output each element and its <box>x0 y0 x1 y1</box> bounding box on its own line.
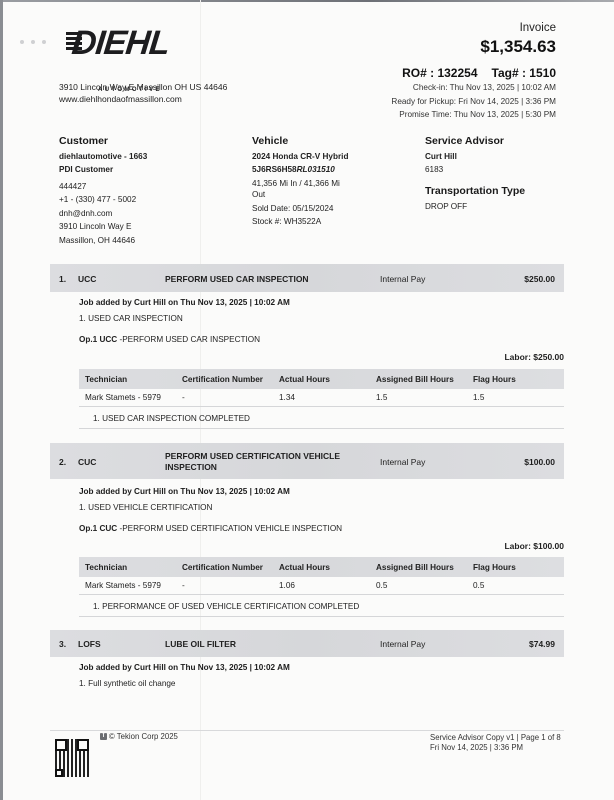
invoice-label: Invoice <box>391 20 556 36</box>
job-pay-type: Internal Pay <box>380 274 425 284</box>
table-row: Mark Stamets - 5979 - 1.34 1.5 1.5 <box>79 389 564 407</box>
dealer-logo: DIEHL AUTOMOTIVE <box>60 24 190 74</box>
flag-hours: 0.5 <box>473 581 484 590</box>
vin-prefix: 5J6RS6H58 <box>252 165 297 174</box>
flag-hours: 1.5 <box>473 393 484 402</box>
job-header-2: 2. CUC PERFORM USED CERTIFICATION VEHICL… <box>50 443 564 479</box>
job-operation: Op.1 UCC -PERFORM USED CAR INSPECTION <box>79 335 290 344</box>
col-assigned-bill-hours: Assigned Bill Hours <box>376 375 454 384</box>
job-header-3: 3. LOFS LUBE OIL FILTER Internal Pay $74… <box>50 630 564 657</box>
technician-note-text: 1. PERFORMANCE OF USED VEHICLE CERTIFICA… <box>93 602 359 611</box>
job-details-3: Job added by Curt Hill on Thu Nov 13, 20… <box>79 662 290 688</box>
job-added-by: Job added by Curt Hill on Thu Nov 13, 20… <box>79 297 290 309</box>
col-certification-number: Certification Number <box>182 563 263 572</box>
customer-phone: +1 - (330) 477 - 5002 <box>59 193 229 207</box>
job-labor-total: Labor: $250.00 <box>504 352 564 362</box>
job-number: 3. <box>59 639 66 649</box>
technician-table-header: Technician Certification Number Actual H… <box>79 369 564 389</box>
job-number: 2. <box>59 457 66 467</box>
tekion-logo-icon: T <box>100 733 107 740</box>
scan-edge <box>0 0 3 800</box>
ro-number: RO# : 132254 <box>402 66 477 80</box>
job-concern: 1. USED CAR INSPECTION <box>79 314 290 323</box>
customer-section: Customer diehlautomotive - 1663 PDI Cust… <box>59 135 229 247</box>
job-operation: Op.1 CUC -PERFORM USED CERTIFICATION VEH… <box>79 524 342 533</box>
transportation-type-value: DROP OFF <box>425 200 575 213</box>
job-description: PERFORM USED CAR INSPECTION <box>165 274 355 285</box>
job-added-by: Job added by Curt Hill on Thu Nov 13, 20… <box>79 486 342 498</box>
promise-time: Promise Time: Thu Nov 13, 2025 | 5:30 PM <box>391 108 556 122</box>
col-certification-number: Certification Number <box>182 375 263 384</box>
job-amount: $250.00 <box>524 274 555 284</box>
customer-id: 444427 <box>59 180 229 194</box>
technician-note-text: 1. USED CAR INSPECTION COMPLETED <box>93 414 250 423</box>
job-concern: 1. Full synthetic oil change <box>79 679 290 688</box>
copy-page-info: Service Advisor Copy v1 | Page 1 of 8 <box>430 733 561 743</box>
check-in-time: Check-in: Thu Nov 13, 2025 | 10:02 AM <box>391 81 556 95</box>
customer-heading: Customer <box>59 135 229 147</box>
col-technician: Technician <box>85 563 127 572</box>
vehicle-section: Vehicle 2024 Honda CR-V Hybrid 5J6RS6H58… <box>252 135 362 228</box>
customer-address-line2: Massillon, OH 44646 <box>59 234 229 248</box>
technician-name: Mark Stamets - 5979 <box>85 393 161 402</box>
col-actual-hours: Actual Hours <box>279 563 330 572</box>
ro-tag-line: RO# : 132254Tag# : 1510 <box>391 65 556 81</box>
job-details-2: Job added by Curt Hill on Thu Nov 13, 20… <box>79 486 342 533</box>
dealer-contact: 3910 Lincoln Way E Massillon OH US 44646… <box>59 81 227 105</box>
dealer-website: www.diehlhondaofmassillon.com <box>59 93 227 105</box>
technician-table-2: Technician Certification Number Actual H… <box>79 557 564 617</box>
copyright-text: © Tekion Corp 2025 <box>109 732 178 741</box>
actual-hours: 1.34 <box>279 393 295 402</box>
customer-name: diehlautomotive - 1663 <box>59 150 229 163</box>
vehicle-heading: Vehicle <box>252 135 362 147</box>
job-number: 1. <box>59 274 66 284</box>
col-actual-hours: Actual Hours <box>279 375 330 384</box>
logo-wordmark: DIEHL <box>70 24 171 63</box>
customer-address-line1: 3910 Lincoln Way E <box>59 220 229 234</box>
technician-table-1: Technician Certification Number Actual H… <box>79 369 564 429</box>
technician-note: 1. USED CAR INSPECTION COMPLETED <box>79 407 564 429</box>
certification-number: - <box>182 581 185 590</box>
transportation-type-heading: Transportation Type <box>425 185 575 197</box>
qr-code <box>55 739 89 777</box>
job-header-1: 1. UCC PERFORM USED CAR INSPECTION Inter… <box>50 264 564 292</box>
job-pay-type: Internal Pay <box>380 457 425 467</box>
footer-page-info: Service Advisor Copy v1 | Page 1 of 8 Fr… <box>430 733 561 753</box>
service-advisor-id: 6183 <box>425 163 575 176</box>
op-description: -PERFORM USED CAR INSPECTION <box>117 335 260 344</box>
service-advisor-heading: Service Advisor <box>425 135 575 147</box>
scan-edge <box>0 0 614 2</box>
ready-for-pickup-time: Ready for Pickup: Fri Nov 14, 2025 | 3:3… <box>391 95 556 109</box>
vehicle-stock-number: Stock #: WH3522A <box>252 215 362 228</box>
service-advisor-name: Curt Hill <box>425 150 575 163</box>
vehicle-vin: 5J6RS6H58RL031510 <box>252 163 362 176</box>
tag-number: Tag# : 1510 <box>492 66 556 80</box>
customer-email: dnh@dnh.com <box>59 207 229 221</box>
col-technician: Technician <box>85 375 127 384</box>
vin-suffix: RL031510 <box>297 165 335 174</box>
table-row: Mark Stamets - 5979 - 1.06 0.5 0.5 <box>79 577 564 595</box>
service-advisor-section: Service Advisor Curt Hill 6183 Transport… <box>425 135 575 213</box>
dealer-address: 3910 Lincoln Way E Massillon OH US 44646 <box>59 81 227 93</box>
vehicle-mileage: 41,356 Mi In / 41,366 Mi <box>252 178 362 189</box>
vehicle-mileage-cont: Out <box>252 189 362 200</box>
technician-table-header: Technician Certification Number Actual H… <box>79 557 564 577</box>
job-description: LUBE OIL FILTER <box>165 639 355 650</box>
footer-divider <box>50 730 564 731</box>
job-amount: $74.99 <box>529 639 555 649</box>
job-code: UCC <box>78 274 96 284</box>
technician-name: Mark Stamets - 5979 <box>85 581 161 590</box>
printed-timestamp: Fri Nov 14, 2025 | 3:36 PM <box>430 743 561 753</box>
job-details-1: Job added by Curt Hill on Thu Nov 13, 20… <box>79 297 290 344</box>
technician-note: 1. PERFORMANCE OF USED VEHICLE CERTIFICA… <box>79 595 564 617</box>
customer-type: PDI Customer <box>59 163 229 176</box>
actual-hours: 1.06 <box>279 581 295 590</box>
job-concern: 1. USED VEHICLE CERTIFICATION <box>79 503 342 512</box>
op-code: Op.1 CUC <box>79 524 117 533</box>
vehicle-sold-date: Sold Date: 05/15/2024 <box>252 202 362 215</box>
job-added-by: Job added by Curt Hill on Thu Nov 13, 20… <box>79 662 290 674</box>
job-pay-type: Internal Pay <box>380 639 425 649</box>
invoice-summary: Invoice $1,354.63 RO# : 132254Tag# : 151… <box>391 20 556 122</box>
col-assigned-bill-hours: Assigned Bill Hours <box>376 563 454 572</box>
col-flag-hours: Flag Hours <box>473 563 516 572</box>
job-amount: $100.00 <box>524 457 555 467</box>
job-description: PERFORM USED CERTIFICATION VEHICLE INSPE… <box>165 451 355 473</box>
assigned-bill-hours: 0.5 <box>376 581 387 590</box>
job-labor-total: Labor: $100.00 <box>504 541 564 551</box>
job-code: CUC <box>78 457 96 467</box>
logo-dots-decoration <box>20 31 53 49</box>
invoice-total: $1,354.63 <box>391 36 556 58</box>
footer-copyright: T © Tekion Corp 2025 <box>100 732 178 741</box>
col-flag-hours: Flag Hours <box>473 375 516 384</box>
job-code: LOFS <box>78 639 101 649</box>
certification-number: - <box>182 393 185 402</box>
op-code: Op.1 UCC <box>79 335 117 344</box>
op-description: -PERFORM USED CERTIFICATION VEHICLE INSP… <box>117 524 342 533</box>
vehicle-model: 2024 Honda CR-V Hybrid <box>252 150 362 163</box>
assigned-bill-hours: 1.5 <box>376 393 387 402</box>
